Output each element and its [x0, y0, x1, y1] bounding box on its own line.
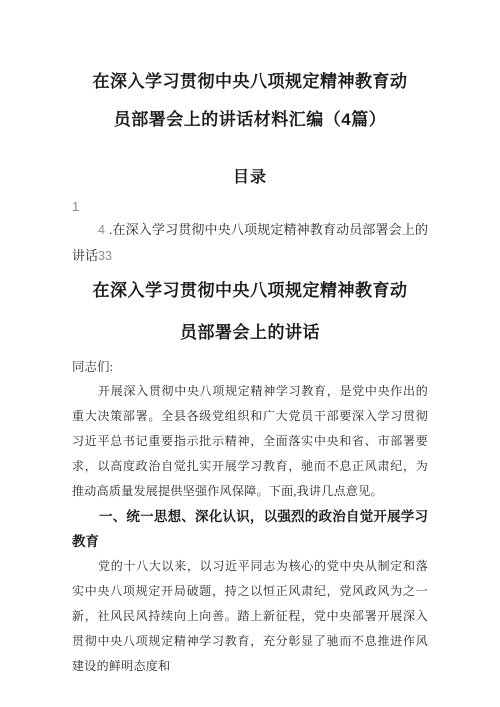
document-page: 在深入学习贯彻中央八项规定精神教育动 员部署会上的讲话材料汇编（4篇） 目录 1…: [0, 0, 500, 707]
article-title-line-1: 在深入学习贯彻中央八项规定精神教育动: [72, 270, 428, 312]
toc-entry-page-number: 33: [98, 249, 112, 263]
compilation-title: 在深入学习贯彻中央八项规定精神教育动 员部署会上的讲话材料汇编（4篇）: [72, 63, 428, 139]
section-heading-1: 一、统一思想、深化认识，以强烈的政治自觉开展学习教育: [72, 504, 428, 554]
toc-entry-title: 在深入学习贯彻中央八项规定精神教育动员部署会上的讲话: [72, 222, 428, 263]
toc-stray-page-number: 1: [72, 197, 428, 217]
compilation-title-line-1: 在深入学习贯彻中央八项规定精神教育动: [72, 63, 428, 101]
paragraph-1: 开展深入贯彻中央八项规定精神学习教育，是党中央作出的重大决策部署。全县各级党组织…: [72, 379, 428, 504]
salutation: 同志们:: [72, 355, 428, 379]
article-title-line-2: 员部署会上的讲话: [72, 312, 428, 354]
article-title: 在深入学习贯彻中央八项规定精神教育动 员部署会上的讲话: [72, 270, 428, 354]
toc-entry: 4 .在深入学习贯彻中央八项规定精神教育动员部署会上的讲话33: [72, 217, 428, 269]
toc-heading: 目录: [72, 165, 428, 191]
paragraph-2: 党的十八大以来，以习近平同志为核心的党中央从制定和落实中央八项规定开局破题，持之…: [72, 554, 428, 679]
toc-entry-number: 4: [98, 223, 105, 237]
compilation-title-line-2: 员部署会上的讲话材料汇编（4篇）: [72, 101, 428, 139]
